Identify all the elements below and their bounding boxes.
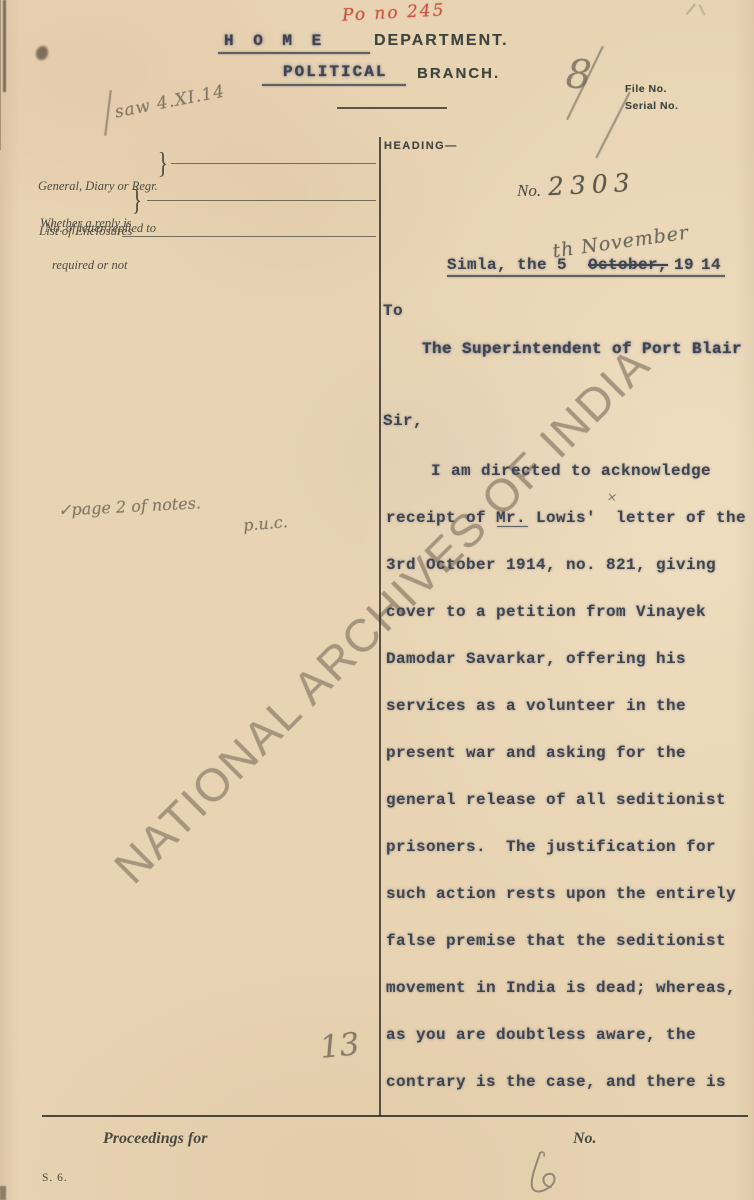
brace-glyph: } — [132, 186, 142, 216]
serial-no-label: Serial No. — [625, 100, 678, 112]
underline — [218, 52, 370, 54]
dateline-year-typed: 14 — [701, 257, 721, 273]
proceedings-label: Proceedings for — [103, 1130, 207, 1148]
underline — [447, 275, 725, 277]
letter-body-line: I am directed to acknowledge — [386, 448, 752, 495]
pencil-puc-note: p.u.c. — [242, 512, 288, 535]
pencil-corner-stroke — [699, 4, 705, 16]
letter-body-line: general release of all seditionist — [386, 777, 752, 824]
department-name-typed: H O M E — [224, 33, 326, 49]
letter-body-line: receipt of Mr. Lowis' letter of the — [386, 495, 752, 542]
letter-body-line: present war and asking for the — [386, 730, 752, 777]
series-mark: S. 6. — [42, 1172, 68, 1184]
letter-body-line: cover to a petition from Vinayek — [386, 589, 752, 636]
letter-body-line: services as a volunteer in the — [386, 683, 752, 730]
pencil-page-number: 13 — [318, 1026, 361, 1066]
column-divider-line — [379, 137, 381, 1116]
letter-body-line: false premise that the seditionist — [386, 918, 752, 965]
form-blank-line — [147, 200, 376, 201]
pencil-slash — [595, 92, 630, 159]
pencil-caret-mark: × — [606, 489, 618, 504]
scan-edge-streak — [3, 0, 6, 92]
document-page: NATIONAL ARCHIVES OF INDIA Po no 245 H O… — [0, 0, 754, 1200]
pencil-date-note: saw 4.XI.14 — [113, 82, 227, 123]
footer-rule — [42, 1115, 748, 1117]
letter-body-line: such action rests upon the entirely — [386, 871, 752, 918]
pencil-scribble-icon — [518, 1150, 582, 1200]
pencil-corner-stroke — [686, 3, 696, 15]
separator-rule — [337, 107, 447, 109]
to-label: To — [383, 303, 403, 319]
letter-body-line: 3rd October 1914, no. 821, giving — [386, 542, 752, 589]
form-blank-line — [122, 236, 376, 237]
dateline-year-printed: 19 — [674, 257, 694, 273]
paper-edge-line — [0, 0, 1, 150]
footer-no-label: No. — [573, 1130, 597, 1148]
brace-glyph: } — [158, 149, 168, 179]
letter-body-line: movement in India is dead; whereas, — [386, 965, 752, 1012]
red-ink-annotation: Po no 245 — [342, 0, 446, 25]
underline — [262, 84, 406, 86]
addressee: The Superintendent of Port Blair — [422, 341, 742, 357]
heading-label: HEADING— — [384, 140, 458, 152]
form-field-reply-required: Whether a reply is required or not — [40, 188, 132, 300]
pencil-flourish — [104, 90, 112, 136]
branch-label: BRANCH. — [417, 65, 500, 82]
letter-no-handwritten: 2303 — [547, 168, 636, 202]
letter-body-line: Damodar Savarkar, offering his — [386, 636, 752, 683]
letter-body-line: prisoners. The justification for — [386, 824, 752, 871]
ink-blotch — [36, 46, 48, 60]
branch-name-typed: POLITICAL — [283, 64, 387, 80]
form-field-enclosures: List of Enclosures — [39, 224, 132, 238]
form-field-label: required or not — [40, 258, 132, 272]
letter-body-line: as you are doubtless aware, the — [386, 1012, 752, 1059]
dateline-struck-month: October, — [588, 257, 668, 273]
underline-mr — [497, 526, 528, 527]
pencil-page-note: ✓page 2 of notes. — [58, 493, 202, 519]
form-blank-line — [171, 163, 376, 164]
salutation: Sir, — [383, 413, 423, 429]
letter-body-line: contrary is the case, and there is — [386, 1059, 752, 1106]
letter-body: I am directed to acknowledge receipt of … — [386, 448, 752, 1106]
letter-no-label: No. — [517, 181, 541, 201]
file-no-label: File No. — [625, 83, 667, 95]
dateline-place: Simla, the 5 — [447, 257, 567, 273]
corner-mark — [0, 1186, 6, 1200]
department-label: DEPARTMENT. — [374, 32, 509, 50]
